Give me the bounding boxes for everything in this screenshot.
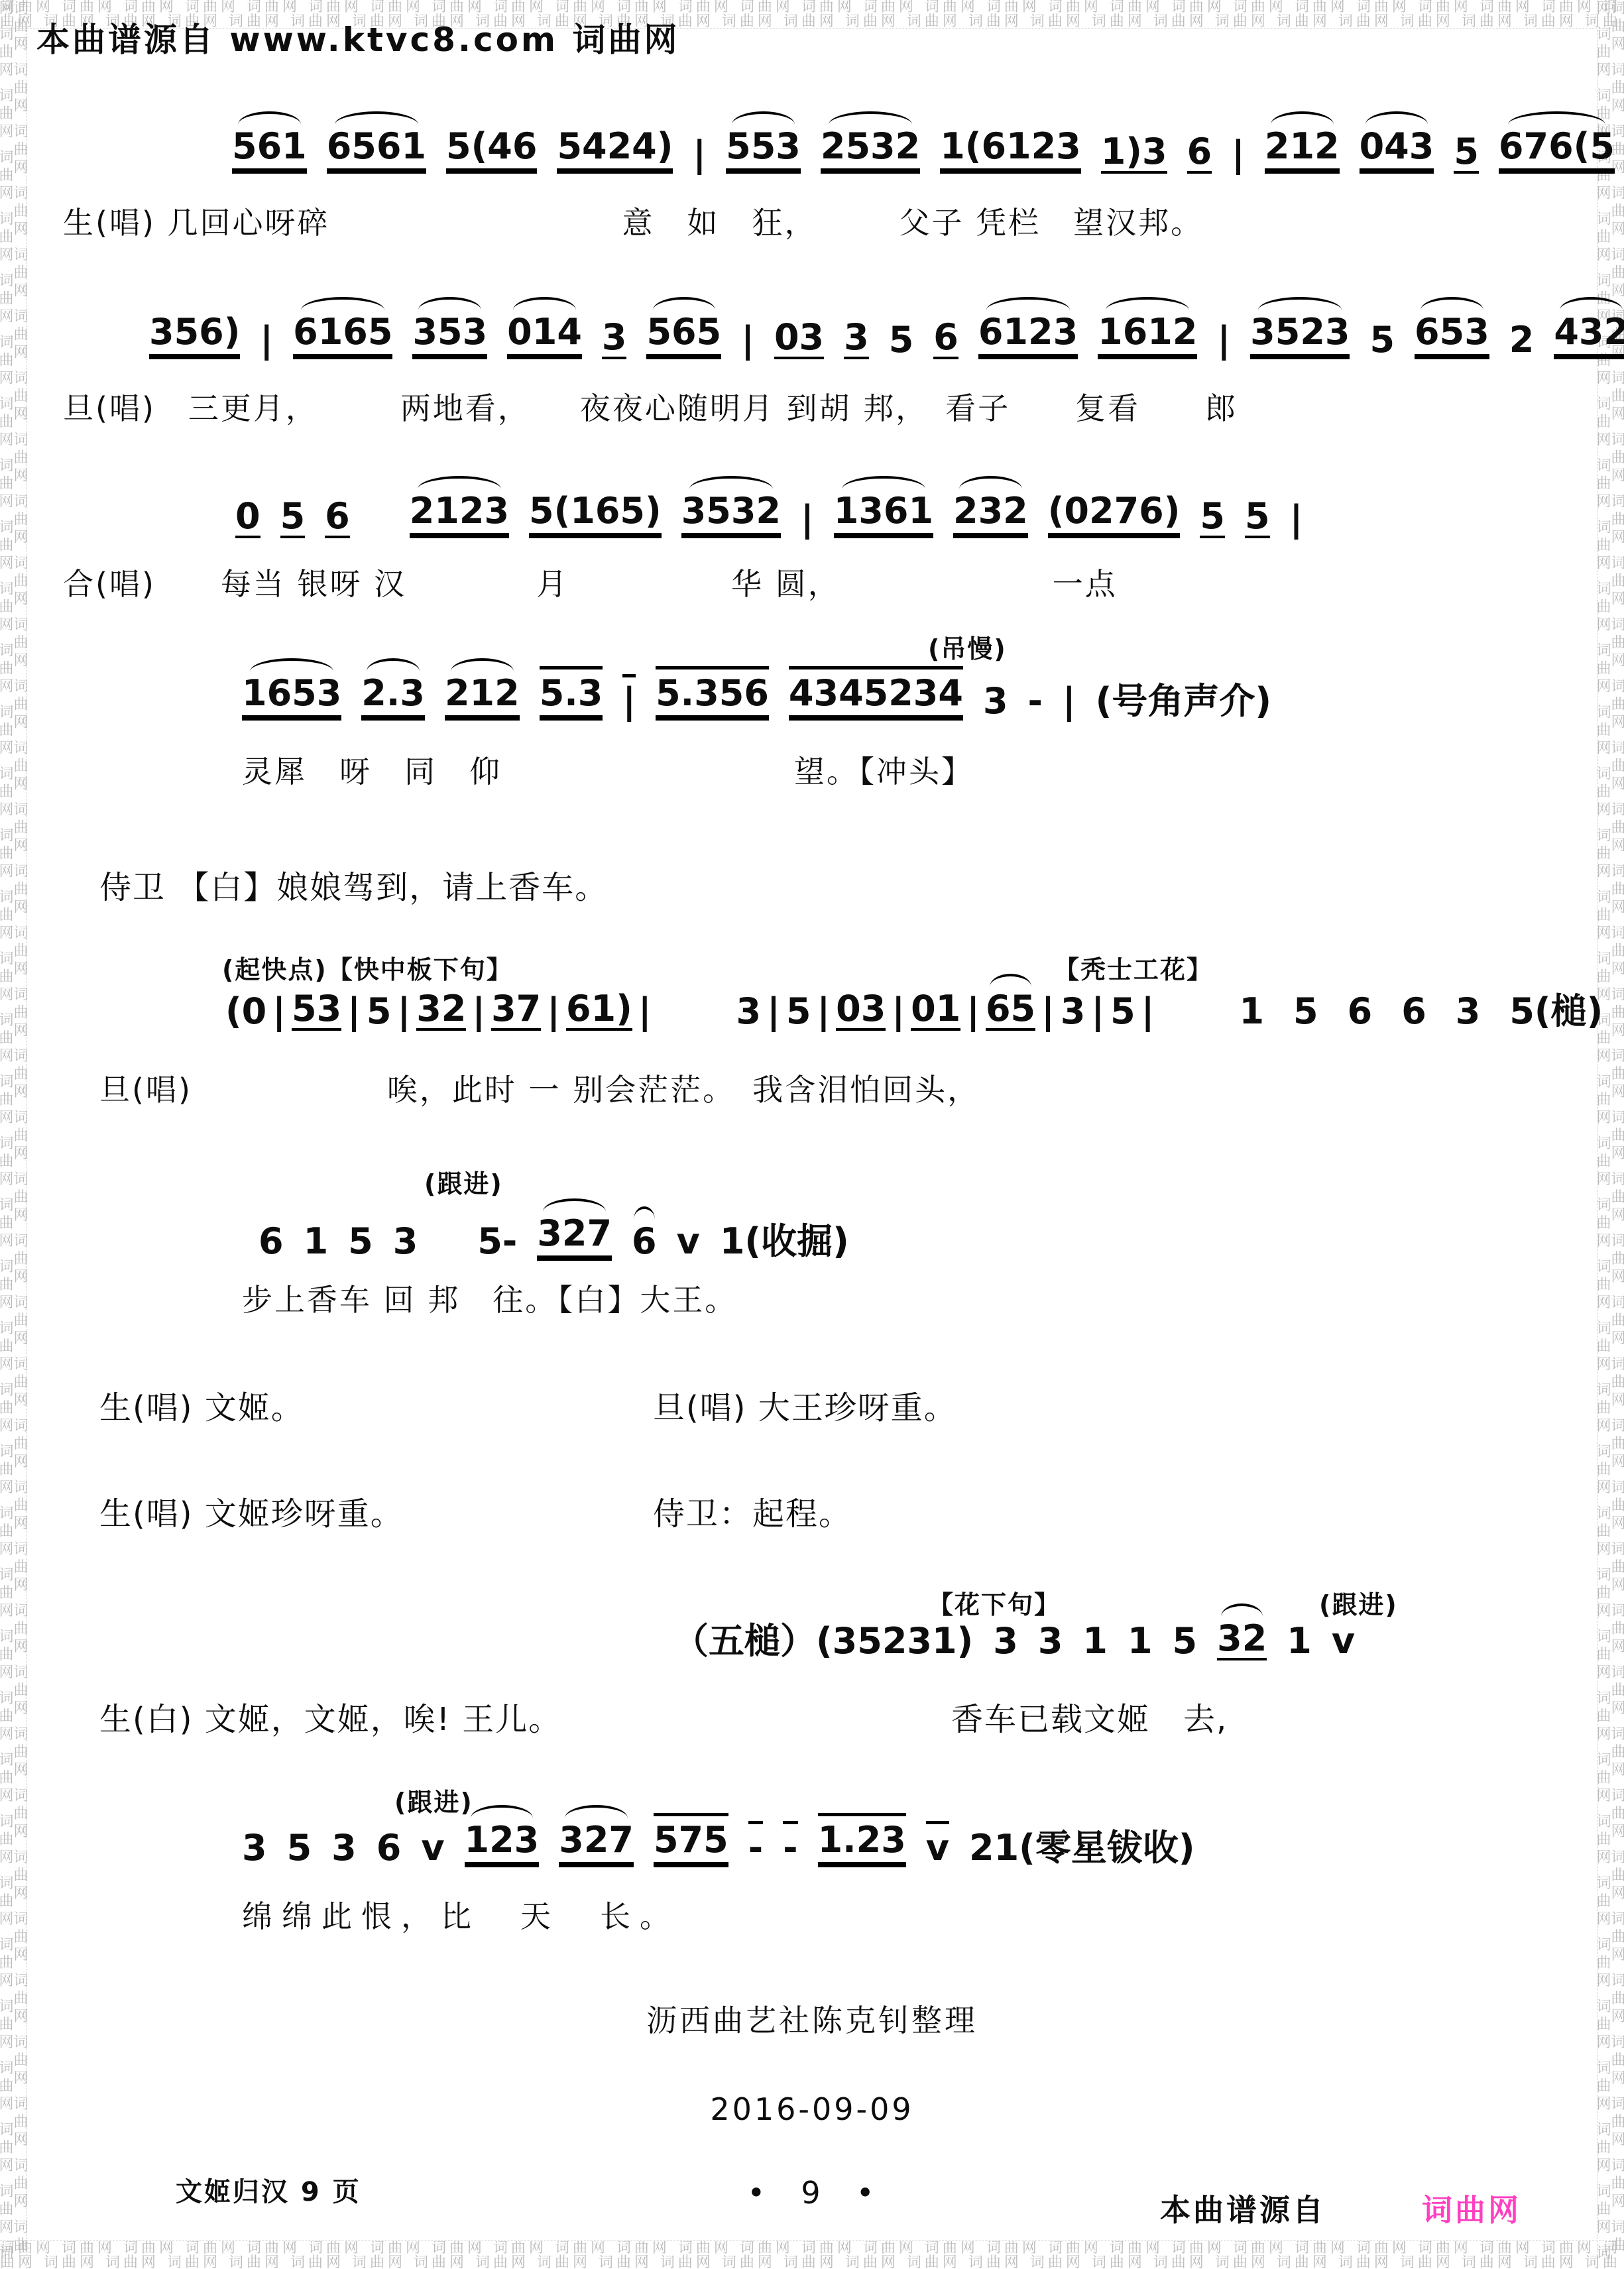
music-token: 6 [377, 1830, 402, 1867]
music-token: 3 [844, 319, 869, 359]
music-token: 1 [304, 1223, 329, 1261]
music-token: 1)3 [1101, 133, 1167, 174]
music-token: (0 [225, 993, 266, 1031]
dialogue-shiwei-2: 侍卫：起程。 [653, 1488, 852, 1534]
music-token: 3 [1061, 993, 1086, 1031]
lyrics-line-6: 步上香车 回 邦 往。【白】大王。 [242, 1276, 737, 1320]
music-token: | [260, 321, 273, 359]
music-token: | [741, 321, 754, 359]
music-token: 6 [259, 1223, 284, 1261]
music-token: 32 [416, 990, 466, 1031]
music-token: 2 [1509, 321, 1535, 359]
music-token: 1653 [242, 658, 341, 721]
lyrics-line-8: 绵绵此恨，比 天 长。 [242, 1892, 679, 1936]
music-token: 3 [602, 319, 627, 359]
music-token: | [1041, 993, 1055, 1031]
music-token: 5 [889, 321, 914, 359]
music-token: | [1217, 321, 1230, 359]
music-token: 2532 [821, 111, 920, 174]
music-token: 6123 [978, 297, 1078, 359]
music-token: 6 [933, 319, 958, 359]
music-token: 03 [836, 990, 886, 1031]
music-token: | [892, 993, 905, 1031]
music-token: 3 [393, 1223, 418, 1261]
music-token: 37 [491, 990, 541, 1031]
footer-site-name: 词曲网 [1422, 2186, 1521, 2230]
music-token: 1 [1082, 1623, 1108, 1660]
music-token: 01 [911, 990, 960, 1031]
music-token: 561 [232, 111, 307, 174]
music-token: 21(零星钹收) [969, 1830, 1195, 1867]
lyrics-line-2: 旦(唱) 三更月， 两地看， 夜夜心随明月 到胡 邦， 看子 复看 郎 [63, 384, 1238, 428]
music-token: | [1063, 683, 1076, 721]
music-token: 1(收掘) [720, 1223, 849, 1261]
music-token: 5 [1110, 993, 1135, 1031]
music-token: | [547, 993, 560, 1031]
music-token: 043 [1360, 111, 1434, 174]
music-token: 653 [1415, 297, 1489, 359]
music-token: 5 [1200, 498, 1225, 538]
music-token: 6 [1401, 993, 1426, 1031]
music-token: | [1232, 136, 1245, 174]
music-token: 1(6123 [940, 128, 1081, 174]
music-line-4: 16532.32125.3|5.35643452343-|(号角声介) [242, 646, 1271, 721]
music-token: 5 [1245, 498, 1270, 538]
music-token: 5.3 [540, 666, 603, 721]
music-token: | [472, 993, 485, 1031]
music-token: v [1332, 1623, 1355, 1660]
music-token: 5 [1173, 1623, 1198, 1660]
music-token: 5 [1369, 321, 1395, 359]
lyrics-line-1: 生(唱) 几回心呀碎 意 如 狂， 父子 凭栏 望汉邦。 [63, 199, 1203, 243]
music-token: 32 [1217, 1603, 1267, 1660]
music-token: | [693, 136, 706, 174]
music-token: 5(槌) [1509, 993, 1603, 1031]
music-token: 3 [1456, 993, 1481, 1031]
music-token: 61) [566, 990, 632, 1031]
music-token: 575 [654, 1813, 728, 1867]
music-token: 6 [1348, 993, 1373, 1031]
music-token: 4345234 [789, 666, 963, 721]
music-token: 123 [465, 1805, 540, 1867]
music-token: 5 [786, 993, 811, 1031]
music-token: 53 [292, 990, 341, 1031]
music-token: - [783, 1821, 797, 1867]
music-token: 2123 [410, 476, 509, 538]
music-token: 3 [331, 1830, 357, 1867]
music-token: 5 [280, 498, 306, 538]
music-token: 6 [325, 498, 350, 538]
music-token: 5424) [557, 128, 673, 174]
music-token: | [1141, 993, 1155, 1031]
lyrics-line-7b: 香车已载文姬 去, [951, 1694, 1228, 1739]
music-token: 1612 [1098, 297, 1197, 359]
music-token: 3 [1038, 1623, 1063, 1660]
music-token: 1 [1287, 1623, 1312, 1660]
music-token: （五槌）(35231) [673, 1623, 973, 1660]
dialogue-sheng-1: 生(唱) 文姬。 [99, 1382, 304, 1428]
music-line-8: 3536v123327575--1.23v21(零星钹收) [242, 1793, 1195, 1867]
dialogue-shiwei-bai: 侍卫 【白】娘娘驾到，请上香车。 [99, 862, 608, 907]
source-note: 本曲谱源自 www.ktvc8.com 词曲网 [36, 13, 679, 61]
music-token: | [966, 993, 980, 1031]
music-token: (号角声介) [1096, 683, 1271, 721]
music-token: 6561 [327, 111, 426, 174]
music-token: 5(46 [446, 128, 537, 174]
music-token: | [272, 993, 286, 1031]
music-token: 232 [953, 476, 1028, 538]
music-token: 5(165) [529, 493, 662, 538]
music-token: 5.356 [656, 666, 769, 721]
music-token: | [767, 993, 780, 1031]
music-token: | [801, 500, 814, 538]
music-token: 565 [646, 297, 721, 359]
music-token: | [817, 993, 830, 1031]
music-token: - [1028, 683, 1043, 721]
music-token: 5 [367, 993, 392, 1031]
music-line-6: 61535-3276v1(收掘) [259, 1187, 849, 1261]
lyrics-line-5: 旦(唱) 唉，此时 一 别会茫茫。 我含泪怕回头， [99, 1066, 980, 1110]
music-token: 3 [983, 683, 1008, 721]
music-token: 3 [736, 993, 762, 1031]
music-token: v [677, 1223, 700, 1261]
music-token: 65 [986, 974, 1035, 1031]
music-token: | [622, 674, 636, 721]
music-token: 6165 [293, 297, 392, 359]
lyrics-line-7a: 生(白) 文姬，文姬，唉! 王儿。 [99, 1694, 561, 1739]
music-line-5: (0|53|5|32|37|61)|3|5|03|01|65|3|5|15663… [225, 964, 1603, 1031]
music-token: 356) [149, 314, 240, 359]
music-token: 212 [445, 658, 520, 721]
music-token: 212 [1265, 111, 1340, 174]
music-token: 5- [477, 1223, 517, 1261]
music-token: 5 [1454, 133, 1479, 174]
music-token: v [926, 1821, 949, 1867]
music-token: 676(5 [1499, 111, 1615, 174]
music-token: 3532 [681, 476, 781, 538]
music-token: 553 [726, 111, 801, 174]
music-token: 3 [993, 1623, 1018, 1660]
dialogue-dan-1: 旦(唱) 大王珍呀重。 [653, 1382, 957, 1428]
music-token: v [421, 1830, 444, 1867]
music-token: 327 [559, 1805, 634, 1867]
music-token: - [748, 1821, 763, 1867]
music-token: 3 [242, 1830, 267, 1867]
music-token: 1 [1128, 1623, 1153, 1660]
music-line-1: 56165615(465424)|55325321(61231)36|21204… [232, 99, 1615, 174]
music-token: 0 [235, 498, 261, 538]
page-number: • 9 • [0, 2169, 1624, 2213]
music-token: 5 [287, 1830, 312, 1867]
date: 2016-09-09 [0, 2091, 1624, 2127]
music-token: 1.23 [818, 1813, 906, 1867]
music-token: | [397, 993, 410, 1031]
music-token: 2.3 [361, 658, 425, 721]
music-token: | [638, 993, 652, 1031]
music-token: 6 [632, 1206, 657, 1261]
music-token: 432 [1554, 297, 1624, 359]
music-line-2: 356)|61653530143565|0335661231612|352356… [149, 285, 1624, 359]
dialogue-sheng-2: 生(唱) 文姬珍呀重。 [99, 1488, 404, 1534]
music-line-7: （五槌）(35231)33115321v [673, 1594, 1355, 1660]
music-token: 6 [1187, 133, 1212, 174]
music-token: 5 [348, 1223, 373, 1261]
lyrics-line-3: 合(唱) 每当 银呀 汉 月 华 圆， 一点 [63, 560, 1118, 604]
music-token: 3523 [1250, 297, 1350, 359]
music-token: 5 [1293, 993, 1318, 1031]
music-token: | [1290, 500, 1303, 538]
footer-source-note: 本曲谱源自 [1160, 2186, 1326, 2230]
music-token: (0276) [1048, 493, 1181, 538]
music-token: 03 [774, 319, 824, 359]
watermark-border-bottom: 词曲网 词曲网 词曲网 词曲网 词曲网 词曲网 词曲网 词曲网 词曲网 词曲网 … [0, 2240, 1624, 2269]
music-token: 1361 [834, 476, 933, 538]
music-line-3: 05621235(165)3532|1361232(0276)55| [235, 464, 1303, 538]
watermark-border-left: 词曲网 词曲网 词曲网 词曲网 词曲网 词曲网 词曲网 词曲网 词曲网 词曲网 … [0, 0, 27, 2269]
music-token: 353 [412, 297, 487, 359]
lyrics-line-4: 灵犀 呀 同 仰 望。【冲头】 [242, 748, 974, 791]
music-token: 014 [507, 297, 582, 359]
music-token: 1 [1239, 993, 1264, 1031]
arranger-credit: 沥西曲艺社陈克钊整理 [0, 1997, 1624, 2040]
score-page: { "page": {"width": 2450, "height": 3423… [0, 0, 1624, 2269]
music-token: | [347, 993, 361, 1031]
music-token: | [1091, 993, 1104, 1031]
music-token: 327 [537, 1198, 612, 1261]
